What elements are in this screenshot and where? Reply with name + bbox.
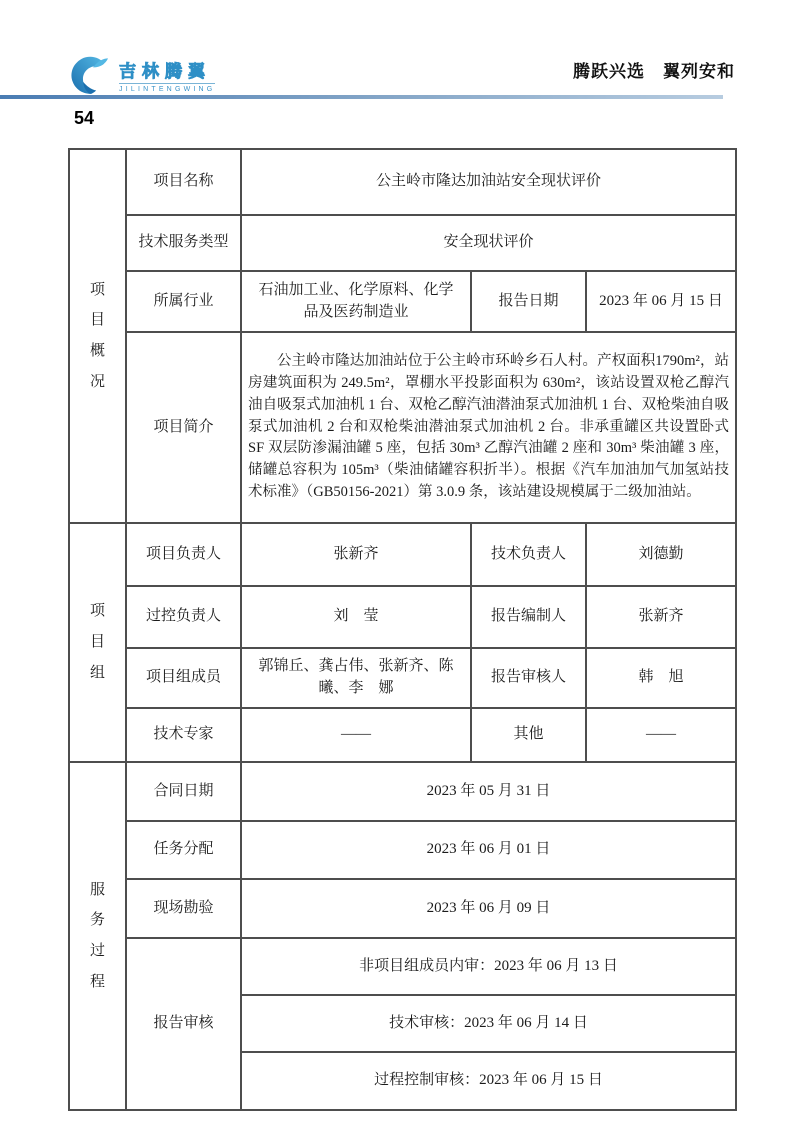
other-label: 其他 (471, 708, 586, 762)
project-leader-label: 项目负责人 (126, 523, 241, 586)
page-number: 54 (74, 108, 94, 129)
section-process: 服务过程 (69, 762, 126, 1110)
process-control-label: 过控负责人 (126, 586, 241, 648)
process-review-value: 过程控制审核：2023 年 06 月 15 日 (241, 1052, 736, 1110)
project-leader-value: 张新齐 (241, 523, 471, 586)
task-assign-value: 2023 年 06 月 01 日 (241, 821, 736, 879)
service-type-label: 技术服务类型 (126, 215, 241, 271)
logo-english-name: JILINTENGWING (119, 86, 215, 93)
tech-leader-label: 技术负责人 (471, 523, 586, 586)
project-brief-text: 公主岭市隆达加油站位于公主岭市环岭乡石人村。产权面积1790m²，站房建筑面积为… (248, 351, 729, 503)
report-reviewer-value: 韩 旭 (586, 648, 736, 708)
process-control-value: 刘 莹 (241, 586, 471, 648)
tech-review-value: 技术审核：2023 年 06 月 14 日 (241, 995, 736, 1052)
experts-label: 技术专家 (126, 708, 241, 762)
section-overview: 项目概况 (69, 149, 126, 523)
team-members-label: 项目组成员 (126, 648, 241, 708)
task-assign-label: 任务分配 (126, 821, 241, 879)
tech-leader-value: 刘德勤 (586, 523, 736, 586)
section-team-label: 项目组 (89, 596, 106, 688)
project-brief-label: 项目简介 (126, 332, 241, 523)
project-name-label: 项目名称 (126, 149, 241, 215)
team-members-value: 郭锦丘、龚占伟、张新齐、陈 曦、李 娜 (241, 648, 471, 708)
industry-value: 石油加工业、化学原料、化学品及医药制造业 (241, 271, 471, 332)
contract-date-label: 合同日期 (126, 762, 241, 821)
site-survey-value: 2023 年 06 月 09 日 (241, 879, 736, 938)
logo-swirl-icon (68, 54, 112, 98)
report-reviewer-label: 报告审核人 (471, 648, 586, 708)
section-process-label: 服务过程 (89, 875, 106, 998)
section-overview-label: 项目概况 (89, 275, 106, 398)
header-divider-line (0, 95, 723, 99)
contract-date-value: 2023 年 05 月 31 日 (241, 762, 736, 821)
project-info-table: 项目概况 项目名称 公主岭市隆达加油站安全现状评价 技术服务类型 安全现状评价 … (68, 148, 737, 1111)
document-page: 吉林腾翼 JILINTENGWING 腾跃兴选 翼列安和 54 项目概况 项目名… (0, 0, 803, 1135)
company-logo: 吉林腾翼 JILINTENGWING (68, 54, 215, 98)
project-name-value: 公主岭市隆达加油站安全现状评价 (241, 149, 736, 215)
project-brief-cell: 公主岭市隆达加油站位于公主岭市环岭乡石人村。产权面积1790m²，站房建筑面积为… (241, 332, 736, 523)
site-survey-label: 现场勘验 (126, 879, 241, 938)
internal-review-value: 非项目组成员内审：2023 年 06 月 13 日 (241, 938, 736, 995)
report-date-value: 2023 年 06 月 15 日 (586, 271, 736, 332)
logo-chinese-name: 吉林腾翼 (119, 63, 215, 84)
report-writer-label: 报告编制人 (471, 586, 586, 648)
report-date-label: 报告日期 (471, 271, 586, 332)
industry-label: 所属行业 (126, 271, 241, 332)
company-slogan: 腾跃兴选 翼列安和 (573, 57, 735, 82)
section-team: 项目组 (69, 523, 126, 762)
report-review-label: 报告审核 (126, 938, 241, 1110)
other-value: —— (586, 708, 736, 762)
service-type-value: 安全现状评价 (241, 215, 736, 271)
experts-value: —— (241, 708, 471, 762)
report-writer-value: 张新齐 (586, 586, 736, 648)
